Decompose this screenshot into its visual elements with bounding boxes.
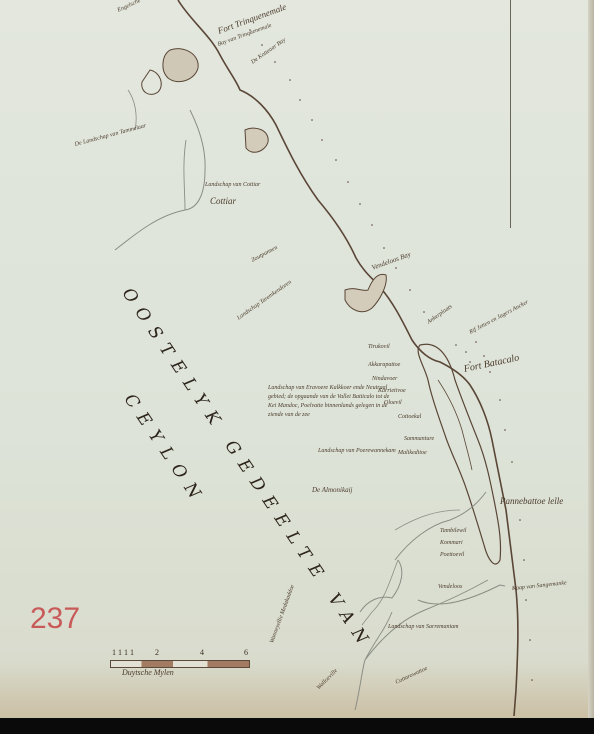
village-label: Akkarapattoe [368, 362, 400, 368]
label-sarremaniam: Landschap van Sarremaniam [388, 624, 458, 630]
scale-tick: 1 1 1 1 [112, 648, 134, 657]
village-label: Nindavoer [372, 376, 397, 382]
village-label: Sammanture [404, 436, 434, 442]
label-district-1: Landschap van Poerewannekam [318, 448, 396, 454]
scale-tick: 4 [200, 648, 204, 657]
scan-border [0, 718, 594, 734]
label-pannebattoe: Pannebattoe lelle [500, 496, 563, 506]
village-label: Poettoevil [440, 552, 464, 558]
village-label: Cottoekal [398, 414, 421, 420]
village-label: Tambilewil [440, 528, 466, 534]
map-drawing [0, 0, 594, 734]
village-label: Oloevil [384, 400, 402, 406]
village-label: Tirukovil [368, 344, 390, 350]
scale-bar [110, 660, 250, 668]
scale-tick: 2 [155, 648, 159, 657]
village-label: Kommari [440, 540, 463, 546]
scale-tick: 6 [244, 648, 248, 657]
village-label: Malikeditoe [398, 450, 427, 456]
catalog-number: 237 [30, 602, 80, 636]
scale-caption: Duytsche Mylen [122, 668, 174, 677]
label-kottiar: Landschap van Cottiar [205, 182, 260, 188]
label-cottiar: Cottiar [210, 196, 236, 206]
village-label: Vendeloos [438, 584, 462, 590]
village-label: Karrietivoe [378, 388, 406, 394]
soundings [249, 29, 533, 681]
label-almonikaij: De Almonikaij [312, 486, 353, 494]
map-sheet: Engelsche Fort Trinquenemale Bay van Tri… [0, 0, 594, 734]
